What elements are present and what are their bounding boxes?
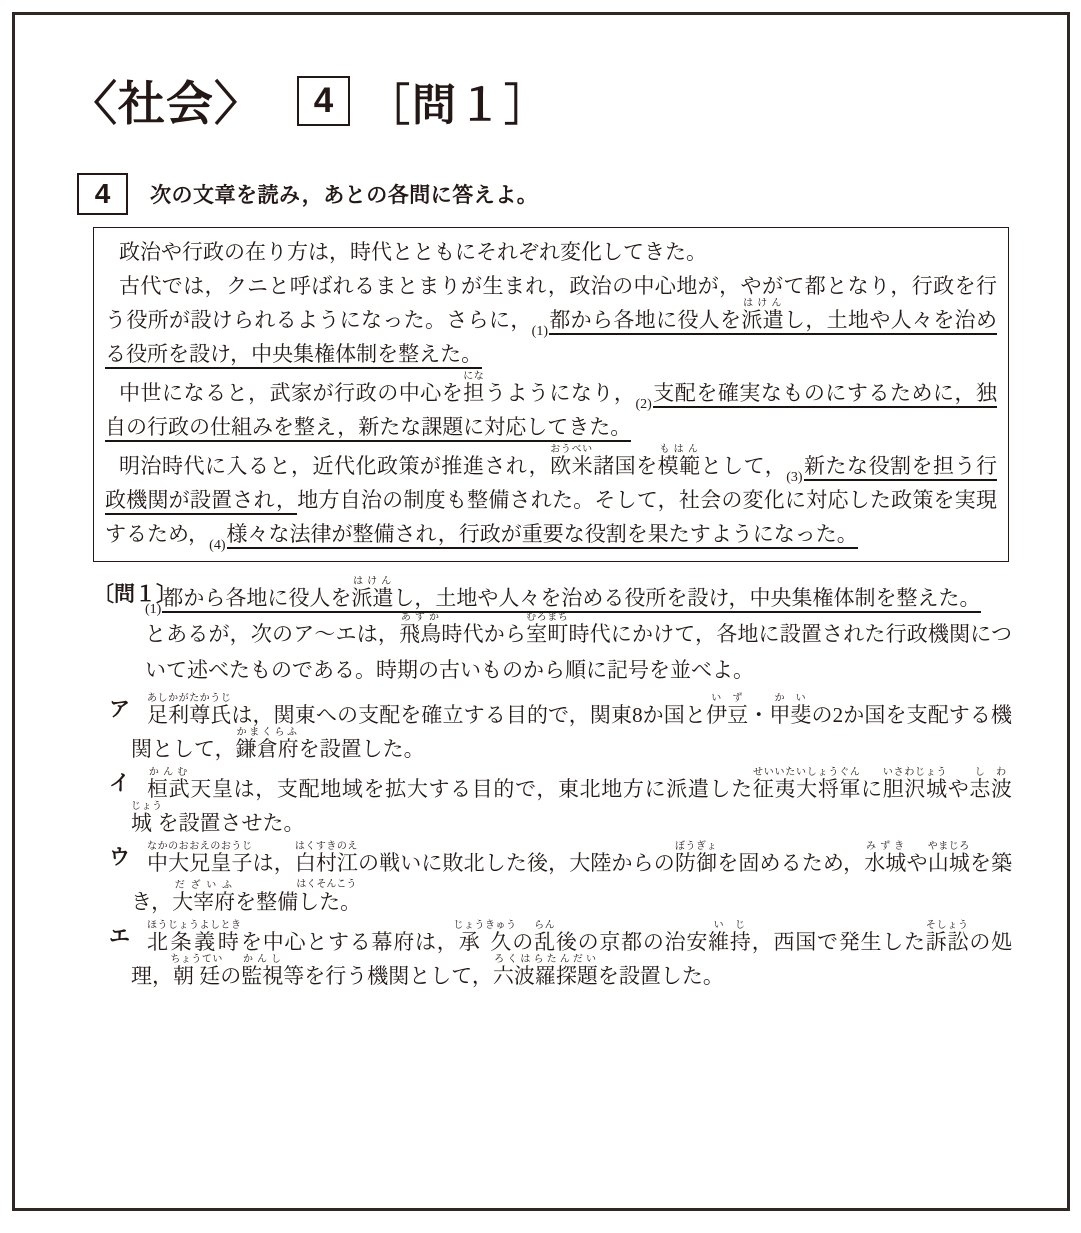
underlined-text: 様々な法律が整備され，行政が重要な役割を果たすようになった。 <box>227 522 858 549</box>
option-marker: エ <box>109 920 130 954</box>
text-segment: 朝廷ちょうてい <box>173 964 220 988</box>
ruby-annotated-text: 鎌倉府かまくらふ <box>236 737 299 761</box>
page-title: 〈社会〉 4 ［問１］ <box>70 67 550 134</box>
text-segment: 征夷大将軍せいいたいしょうぐん <box>753 777 861 801</box>
text-segment: 桓武かんむ <box>147 777 190 801</box>
big-question-number-box: 4 <box>297 76 350 126</box>
text-segment: 等を行う機関として， <box>283 964 493 988</box>
ruby-annotated-text: 監視かんし <box>241 964 283 988</box>
text-segment: の <box>220 964 241 988</box>
option-marker: ア <box>109 693 130 727</box>
ruby-annotated-text: 派遣はけん <box>741 308 784 332</box>
text-segment: 監視かんし <box>241 964 283 988</box>
option-エ: エ北条義時ほうじょうよしときを中心とする幕府は，承久じょうきゅうの乱らん後の京都… <box>93 920 1012 993</box>
option-ウ: ウ中大兄皇子なかのおおえのおうじは，白村江はくすきのえはくそんこうの戦いに敗北し… <box>93 841 1012 919</box>
text-segment: 後の京都の治安 <box>556 930 708 954</box>
text-segment: 明治時代に入ると，近代化政策が推進され， <box>119 454 550 478</box>
text-segment: 城じょう <box>131 811 158 835</box>
ruby-annotated-text: 足利尊氏あしかがたかうじ <box>147 703 231 727</box>
text-segment: 足利尊氏あしかがたかうじ <box>147 703 231 727</box>
text-segment: とあるが，次のア～エは， <box>145 622 399 646</box>
text-segment: は，関東への支配を確立する目的で，関東8か国と <box>231 703 706 727</box>
underlined-text: 派遣はけん <box>351 586 393 613</box>
reference-number: (1) <box>145 602 161 617</box>
text-segment: 白村江はくすきのえはくそんこう <box>295 841 358 880</box>
ruby-annotated-text: 欧米おうべい <box>550 454 593 478</box>
text-segment: を設置した。 <box>299 737 425 761</box>
text-segment: 胆沢城いさわじょう <box>883 777 948 801</box>
ruby-annotated-text: 北条義時ほうじょうよしとき <box>147 930 240 954</box>
question-block: 〔問１〕 (1)都から各地に役人を派遣はけんし，土地や人々を治める役所を設け，中… <box>93 576 1012 688</box>
ruby-annotated-text: 伊豆いず <box>706 703 748 727</box>
text-segment: 欧米おうべい <box>550 454 593 478</box>
ruby-annotated-text: 山城やまじろ <box>928 851 970 875</box>
text-segment: 維持いじ <box>708 930 752 954</box>
ruby-annotated-text: 模範もはん <box>658 454 701 478</box>
text-segment: 志波しわ <box>969 777 1012 801</box>
text-segment: として， <box>701 454 787 478</box>
content-flow: 政治や行政の在り方は，時代とともにそれぞれ変化してきた。古代では，クニと呼ばれる… <box>93 227 1012 993</box>
ruby-annotated-text: 防御ぼうぎょ <box>675 851 717 875</box>
reference-number: (4) <box>209 538 225 553</box>
text-segment: 時代から <box>441 622 526 646</box>
ruby-annotated-text: 甲斐かい <box>769 703 811 727</box>
reference-number: (3) <box>786 470 802 485</box>
question-text: (1)都から各地に役人を派遣はけんし，土地や人々を治める役所を設け，中央集権体制… <box>145 576 1012 688</box>
text-segment: うようになり， <box>485 381 636 405</box>
ruby-under-annotation: はくそんこう <box>296 880 356 890</box>
text-segment: 甲斐かい <box>769 703 811 727</box>
text-segment: を整備した。 <box>235 890 361 914</box>
text-segment: は， <box>253 851 295 875</box>
text-segment: 大宰府だざいふ <box>172 890 235 914</box>
ruby-annotated-text: 室町むろまち <box>526 622 568 646</box>
ruby-annotated-text: 訴訟そしょう <box>926 930 970 954</box>
text-segment: の <box>512 930 535 954</box>
text-segment: を固めるため， <box>717 851 864 875</box>
text-segment: 訴訟そしょう <box>926 930 970 954</box>
underlined-text: し，土地や人々を治める役所を設け，中央集権体制を整えた。 <box>393 586 980 613</box>
text-segment: 水城みずき <box>864 851 906 875</box>
ruby-annotated-text: 征夷大将軍せいいたいしょうぐん <box>753 777 861 801</box>
option-イ: イ桓武かんむ天皇は，支配地域を拡大する目的で，東北地方に派遣した征夷大将軍せいい… <box>93 767 1012 840</box>
option-ア: ア足利尊氏あしかがたかうじは，関東への支配を確立する目的で，関東8か国と伊豆いず… <box>93 693 1012 766</box>
text-segment: 山城やまじろ <box>928 851 970 875</box>
text-segment: 天皇は，支配地域を拡大する目的で，東北地方に派遣した <box>190 777 753 801</box>
underlined-text: 都から各地に役人を <box>162 586 351 613</box>
options-list: ア足利尊氏あしかがたかうじは，関東への支配を確立する目的で，関東8か国と伊豆いず… <box>93 693 1012 993</box>
text-segment: 政治や行政の在り方は，時代とともにそれぞれ変化してきた。 <box>119 240 707 264</box>
text-segment: を設置した。 <box>598 964 724 988</box>
passage-paragraph: 古代では，クニと呼ばれるまとまりが生まれ，政治の中心地が，やがて都となり，行政を… <box>105 269 997 371</box>
text-segment: 防御ぼうぎょ <box>675 851 717 875</box>
passage-paragraph: 政治や行政の在り方は，時代とともにそれぞれ変化してきた。 <box>105 235 997 269</box>
text-segment: ・ <box>748 703 769 727</box>
passage-box: 政治や行政の在り方は，時代とともにそれぞれ変化してきた。古代では，クニと呼ばれる… <box>93 227 1009 562</box>
ruby-annotated-text: 維持いじ <box>708 930 752 954</box>
text-segment: 中世になると，武家が行政の中心を <box>119 381 463 405</box>
ruby-annotated-text: 朝廷ちょうてい <box>173 964 220 988</box>
text-segment: や <box>907 851 928 875</box>
exam-page-frame: 〈社会〉 4 ［問１］ 4 次の文章を読み，あとの各問に答えよ。 政治や行政の在… <box>12 12 1070 1211</box>
ruby-annotated-text: 白村江はくすきのえ <box>295 851 358 875</box>
ruby-annotated-text: 派遣はけん <box>351 586 393 610</box>
question-title-label: ［問１］ <box>366 69 550 133</box>
option-marker: イ <box>109 767 130 801</box>
text-segment: 担にな <box>463 381 485 405</box>
text-segment: 中大兄皇子なかのおおえのおうじ <box>147 851 253 875</box>
big-question-number: 4 <box>314 81 333 121</box>
ruby-annotated-text: 担にな <box>463 381 485 405</box>
text-segment: 承久じょうきゅう <box>459 930 512 954</box>
text-segment: 飛鳥あすか <box>399 622 441 646</box>
text-segment: ，西国で発生した <box>752 930 926 954</box>
ruby-annotated-text: 承久じょうきゅう <box>459 930 512 954</box>
section-number-box: 4 <box>77 173 128 215</box>
ruby-annotated-text: 乱らん <box>534 930 556 954</box>
text-segment: を設置させた。 <box>158 811 305 835</box>
reference-number: (2) <box>635 397 651 412</box>
text-segment: の戦いに敗北した後，大陸からの <box>358 851 675 875</box>
text-segment: 伊豆いず <box>706 703 748 727</box>
passage-paragraph: 中世になると，武家が行政の中心を担になうようになり，(2)支配を確実なものにする… <box>105 371 997 444</box>
ruby-annotated-text: 志波しわ <box>969 777 1012 801</box>
passage-paragraph: 明治時代に入ると，近代化政策が推進され，欧米おうべい諸国を模範もはんとして，(3… <box>105 444 997 551</box>
text-segment: 鎌倉府かまくらふ <box>236 737 299 761</box>
ruby-annotated-text: 飛鳥あすか <box>399 622 441 646</box>
ruby-annotated-text: 桓武かんむ <box>147 777 190 801</box>
section-leader: 4 次の文章を読み，あとの各問に答えよ。 <box>77 173 538 215</box>
subject-title: 〈社会〉 <box>70 67 262 134</box>
text-segment: 乱らん <box>534 930 556 954</box>
ruby-annotated-text: 城じょう <box>131 811 158 835</box>
ruby-annotated-text: 水城みずき <box>864 851 906 875</box>
reference-number: (1) <box>532 324 548 339</box>
text-segment: 北条義時ほうじょうよしとき <box>147 930 240 954</box>
underlined-text: 派遣はけん <box>741 308 784 335</box>
text-segment: や <box>948 777 970 801</box>
text-segment: 諸国を <box>593 454 658 478</box>
option-marker: ウ <box>109 841 130 875</box>
question-number-label: 〔問１〕 <box>93 576 177 612</box>
ruby-annotated-text: 中大兄皇子なかのおおえのおうじ <box>147 851 253 875</box>
text-segment: 室町むろまち <box>526 622 568 646</box>
text-segment: 模範もはん <box>658 454 701 478</box>
ruby-annotated-text: 六波羅探題ろくはらたんだい <box>493 964 598 988</box>
underlined-text: 都から各地に役人を <box>549 308 741 335</box>
ruby-annotated-text: 大宰府だざいふ <box>172 890 235 914</box>
ruby-annotated-text: 胆沢城いさわじょう <box>883 777 948 801</box>
text-segment: 六波羅探題ろくはらたんだい <box>493 964 598 988</box>
section-number: 4 <box>95 178 111 210</box>
section-instruction: 次の文章を読み，あとの各問に答えよ。 <box>150 179 538 209</box>
text-segment: を中心とする幕府は， <box>240 930 458 954</box>
text-segment: に <box>861 777 883 801</box>
